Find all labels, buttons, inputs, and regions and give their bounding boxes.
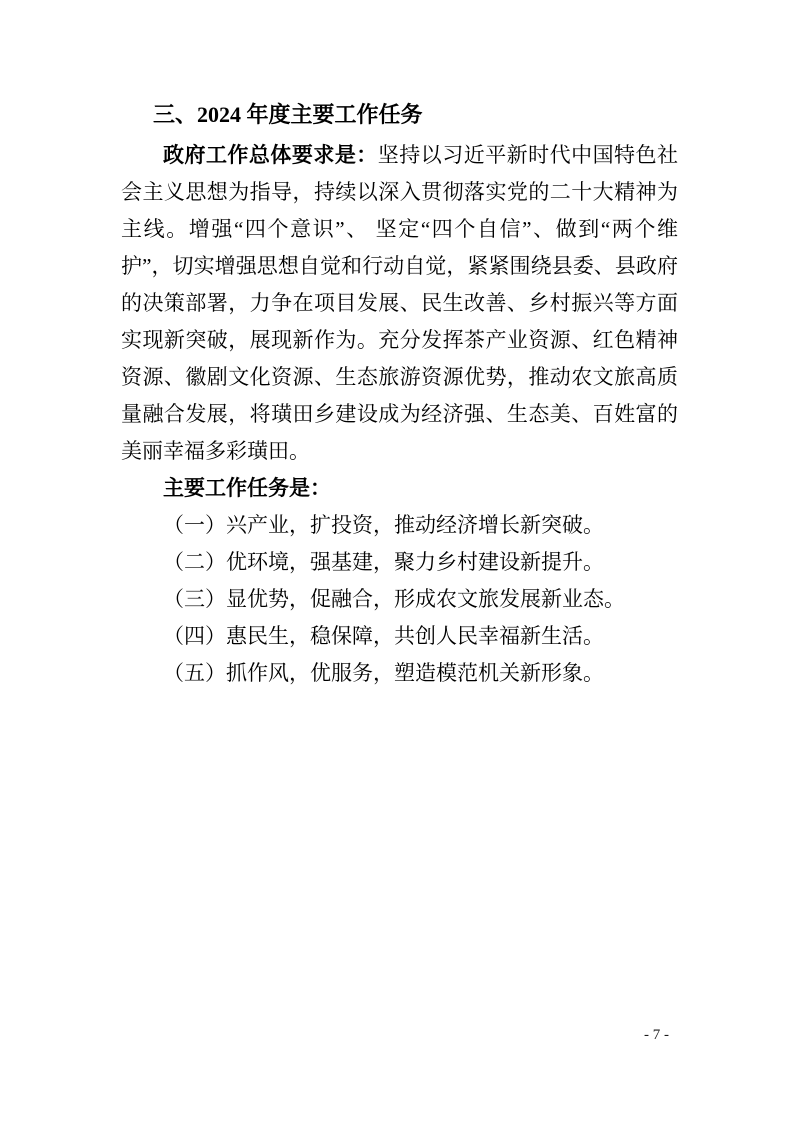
section-heading: 三、2024 年度主要工作任务 bbox=[121, 96, 678, 133]
document-page: 三、2024 年度主要工作任务 政府工作总体要求是：坚持以习近平新时代中国特色社… bbox=[0, 0, 793, 1122]
task-item-3: （三）显优势，促融合，形成农文旅发展新业态。 bbox=[121, 581, 678, 618]
overview-body: 坚持以习近平新时代中国特色社会主义思想为指导，持续以深入贯彻落实党的二十大精神为… bbox=[121, 143, 678, 463]
task-item-2: （二）优环境，强基建，聚力乡村建设新提升。 bbox=[121, 544, 678, 581]
task-item-5: （五）抓作风，优服务，塑造模范机关新形象。 bbox=[121, 655, 678, 692]
overview-paragraph: 政府工作总体要求是：坚持以习近平新时代中国特色社会主义思想为指导，持续以深入贯彻… bbox=[121, 137, 678, 470]
task-item-4: （四）惠民生，稳保障，共创人民幸福新生活。 bbox=[121, 618, 678, 655]
task-item-1: （一）兴产业，扩投资，推动经济增长新突破。 bbox=[121, 507, 678, 544]
page-content: 三、2024 年度主要工作任务 政府工作总体要求是：坚持以习近平新时代中国特色社… bbox=[121, 96, 678, 692]
tasks-lead: 主要工作任务是： bbox=[121, 470, 678, 507]
page-number: - 7 - bbox=[644, 1026, 669, 1044]
overview-lead: 政府工作总体要求是： bbox=[163, 143, 378, 167]
